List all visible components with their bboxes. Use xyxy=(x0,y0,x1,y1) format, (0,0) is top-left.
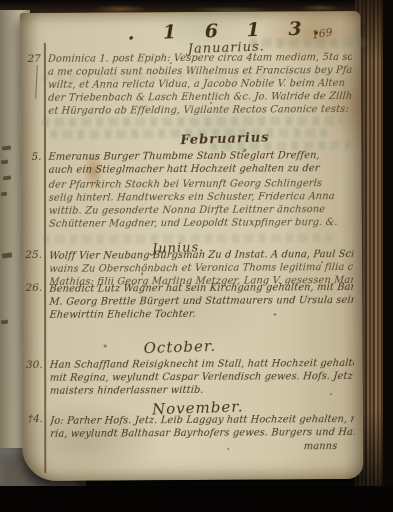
day-number: 25. xyxy=(22,249,42,261)
register-line: manns xyxy=(277,441,338,454)
ink-speck xyxy=(321,261,323,263)
day-number: 30. xyxy=(23,359,43,371)
day-number: 26. xyxy=(22,282,42,294)
margin-flourish xyxy=(35,65,38,99)
register-line: Ehewirttin Eheliche Tochter. xyxy=(49,308,354,323)
book-bottom-edge xyxy=(0,486,393,512)
ink-speck xyxy=(210,102,212,104)
ink-speck xyxy=(104,345,107,348)
month-heading-februarius: Februarius xyxy=(180,130,270,148)
day-number: 5. xyxy=(21,151,41,163)
ink-speck xyxy=(330,393,332,395)
register-line: Schüttener Magdner, und Leopoldt Stuxpfi… xyxy=(48,217,353,232)
month-heading-october: October. xyxy=(143,337,216,357)
ink-speck xyxy=(273,313,276,315)
day-number-with-cross: †4. xyxy=(23,413,43,425)
manuscript-page: . 1 6 1 3. 169 Januarius. 27 Dominica 1.… xyxy=(20,11,364,481)
register-line: auch ein Stieglmacher hatt Hochzeit geha… xyxy=(48,163,353,178)
ink-fragment xyxy=(1,192,7,197)
right-dark-background xyxy=(383,0,393,512)
ink-speck xyxy=(170,62,172,64)
ink-speck xyxy=(243,149,246,152)
register-line: maisters hinderlassner wittib. xyxy=(49,384,354,399)
register-line: ria, weylundt Balthasar Bayrhofers gewes… xyxy=(50,427,355,442)
manuscript-photo: . 1 6 1 3. 169 Januarius. 27 Dominica 1.… xyxy=(0,0,393,512)
day-number: 27 xyxy=(21,53,41,65)
ink-speck xyxy=(141,272,143,275)
register-line: et Hürgardo ab Effelding, Vigilante Rect… xyxy=(48,104,353,119)
bleedthrough-ghost-text xyxy=(250,38,370,48)
ink-speck xyxy=(227,448,229,450)
margin-rule-line xyxy=(44,43,46,473)
